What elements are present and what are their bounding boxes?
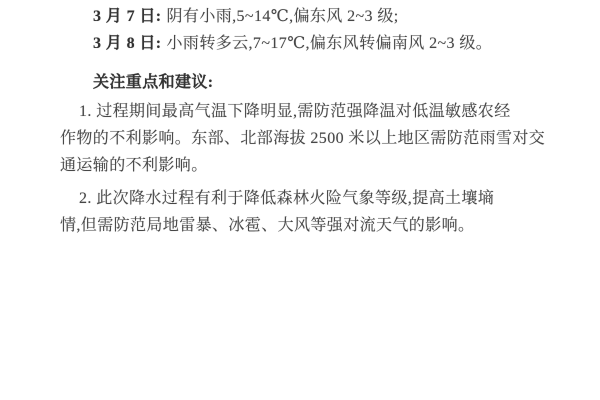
text-line: 1. 过程期间最高气温下降明显,需防范强降温对低温敏感农经 [60,98,540,125]
text-line: 情,但需防范局地雷暴、冰雹、大风等强对流天气的影响。 [60,212,540,239]
forecast-date-label: 3 月 7 日: [93,8,162,25]
forecast-line-march-7: 3 月 7 日:阴有小雨,5~14℃,偏东风 2~3 级; [60,3,540,30]
text-line: 通运输的不利影响。 [60,152,540,179]
document-page: 3 月 7 日:阴有小雨,5~14℃,偏东风 2~3 级; 3 月 8 日:小雨… [0,0,600,400]
document-content: 3 月 7 日:阴有小雨,5~14℃,偏东风 2~3 级; 3 月 8 日:小雨… [60,3,540,239]
text-line: 2. 此次降水过程有利于降低森林火险气象等级,提高土壤墒 [60,185,540,212]
forecast-date-label: 3 月 8 日: [93,35,162,52]
advisory-point-2: 2. 此次降水过程有利于降低森林火险气象等级,提高土壤墒 情,但需防范局地雷暴、… [60,185,540,239]
section-heading: 关注重点和建议: [60,69,540,96]
forecast-line-march-8: 3 月 8 日:小雨转多云,7~17℃,偏东风转偏南风 2~3 级。 [60,30,540,57]
forecast-text: 阴有小雨,5~14℃,偏东风 2~3 级; [167,8,399,25]
text-line: 作物的不利影响。东部、北部海拔 2500 米以上地区需防范雨雪对交 [60,125,540,152]
forecast-text: 小雨转多云,7~17℃,偏东风转偏南风 2~3 级。 [167,35,493,52]
advisory-point-1: 1. 过程期间最高气温下降明显,需防范强降温对低温敏感农经 作物的不利影响。东部… [60,98,540,179]
